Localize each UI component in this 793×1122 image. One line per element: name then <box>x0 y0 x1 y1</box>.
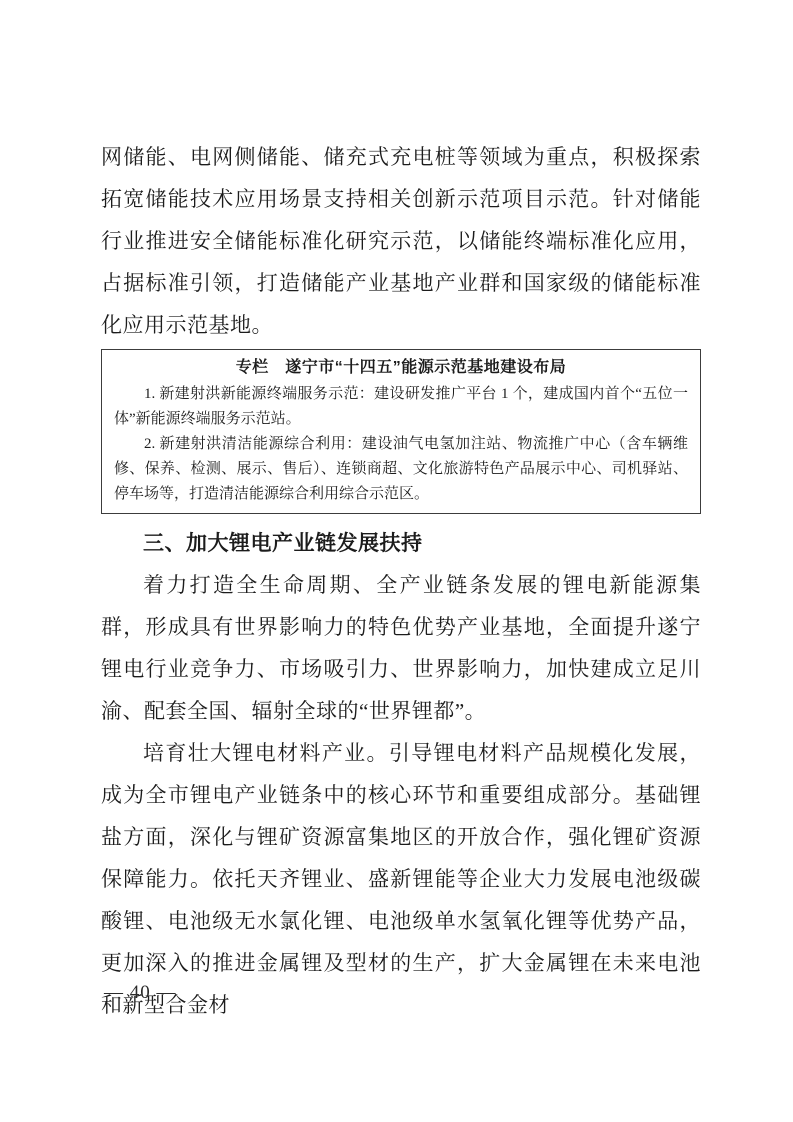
feature-column-box: 专栏 遂宁市“十四五”能源示范基地建设布局 1. 新建射洪新能源终端服务示范：建… <box>101 349 701 514</box>
page-number: — 40 — <box>104 982 177 1004</box>
paragraph-lithium-cluster: 着力打造全生命周期、全产业链条发展的锂电新能源集群，形成具有世界影响力的特色优势… <box>101 564 701 732</box>
document-page: 网储能、电网侧储能、储充式充电桩等领域为重点，积极探索拓宽储能技术应用场景支持相… <box>0 0 793 1122</box>
feature-box-item-2: 2. 新建射洪清洁能源综合利用：建设油气电氢加注站、物流推广中心（含车辆维修、保… <box>114 432 688 507</box>
feature-box-item-1: 1. 新建射洪新能源终端服务示范：建设研发推广平台 1 个，建成国内首个“五位一… <box>114 382 688 432</box>
paragraph-continuation: 网储能、电网侧储能、储充式充电桩等领域为重点，积极探索拓宽储能技术应用场景支持相… <box>101 136 701 346</box>
paragraph-lithium-materials: 培育壮大锂电材料产业。引导锂电材料产品规模化发展，成为全市锂电产业链条中的核心环… <box>101 732 701 1026</box>
feature-box-title: 专栏 遂宁市“十四五”能源示范基地建设布局 <box>114 354 688 382</box>
section-heading: 三、加大锂电产业链发展扶持 <box>101 522 701 564</box>
document-content: 网储能、电网侧储能、储充式充电桩等领域为重点，积极探索拓宽储能技术应用场景支持相… <box>101 136 701 1026</box>
